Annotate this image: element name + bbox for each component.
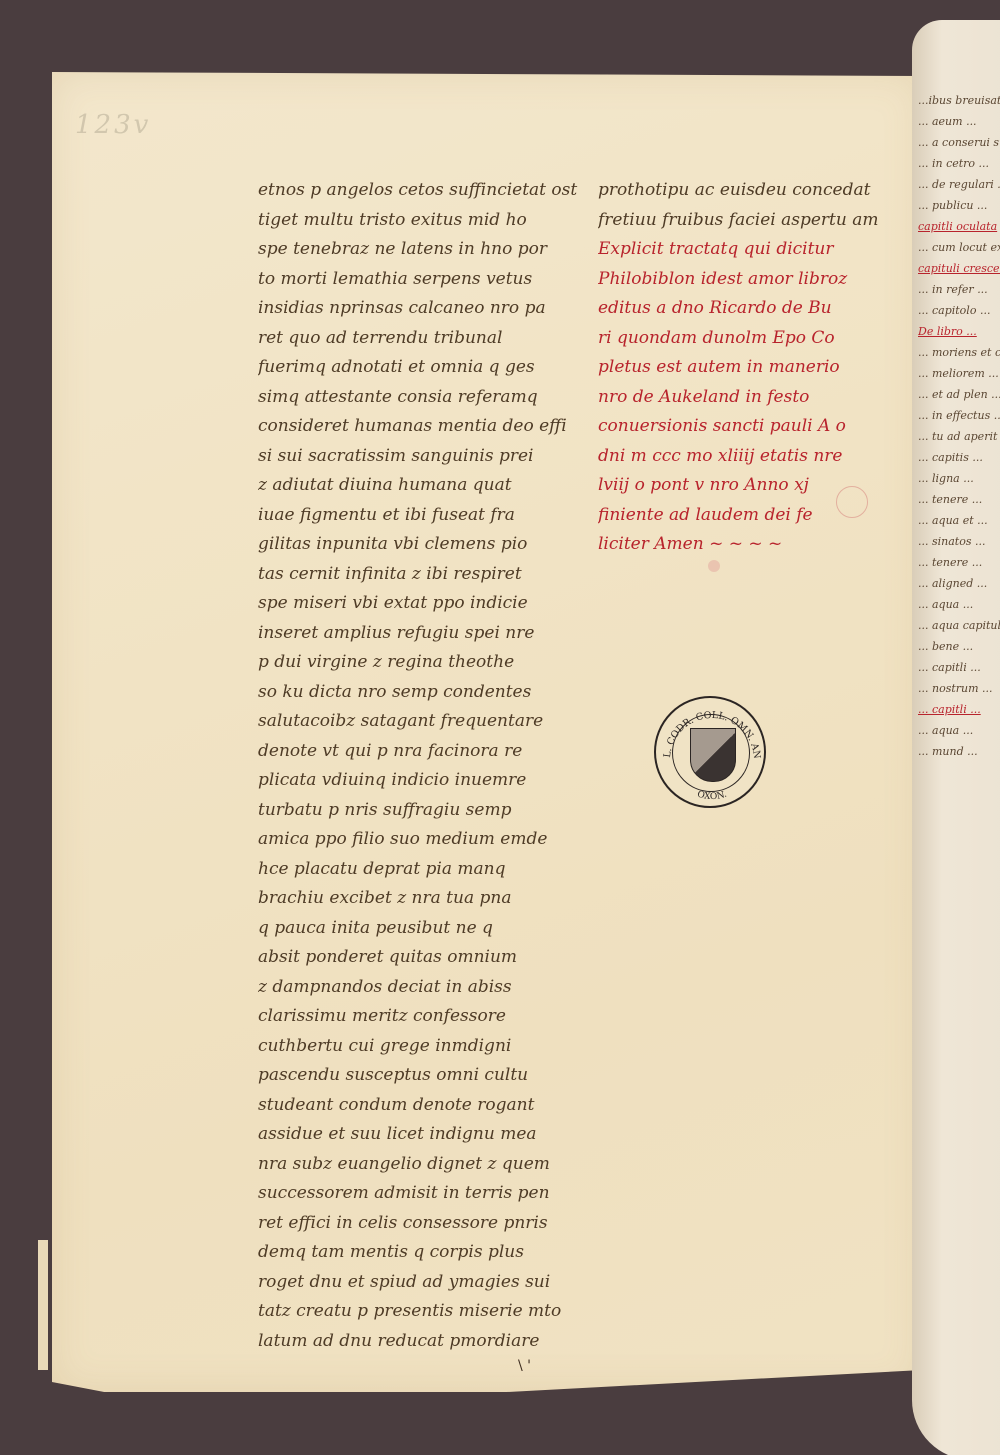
manuscript-line: consideret humanas mentia deo effi xyxy=(258,412,588,442)
manuscript-line: latum ad dnu reducat pmordiare xyxy=(258,1327,588,1357)
facing-page-line: ... in refer ... xyxy=(918,279,1000,300)
manuscript-line: denote vt qui p nra facinora re xyxy=(258,737,588,767)
manuscript-line: insidias nprinsas calcaneo nro pa xyxy=(258,294,588,324)
manuscript-line: successorem admisit in terris pen xyxy=(258,1179,588,1209)
facing-page-line: capitli oculata xyxy=(918,216,1000,237)
page-edge xyxy=(38,1240,48,1370)
library-stamp: BIBL. CODR. COLL. OMN. ANIM. OXON. xyxy=(654,696,766,808)
manuscript-line: hce placatu deprat pia manq xyxy=(258,855,588,885)
rubric-line: liciter Amen ~ ~ ~ ~ xyxy=(598,530,888,560)
facing-page-line: ... cum locut expus ... xyxy=(918,237,1000,258)
red-stain-dot xyxy=(708,560,720,572)
facing-page-line: ... tenere ... xyxy=(918,552,1000,573)
manuscript-line: tatz creatu p presentis miserie mto xyxy=(258,1297,588,1327)
facing-page-line: capituli crescens xyxy=(918,258,1000,279)
manuscript-line: inseret amplius refugiu spei nre xyxy=(258,619,588,649)
facing-page-line: ... in effectus ... xyxy=(918,405,1000,426)
facing-page-text: ...ibus breuisatem ...... aeum ... ... a… xyxy=(918,90,1000,1140)
manuscript-line: assidue et suu licet indignu mea xyxy=(258,1120,588,1150)
facing-page-line: ... de regulari ... xyxy=(918,174,1000,195)
facing-page-line: ... a conserui sunt ... xyxy=(918,132,1000,153)
rubric-line: nro de Aukeland in festo xyxy=(598,383,888,413)
manuscript-line: amica ppo filio suo medium emde xyxy=(258,825,588,855)
facing-page-line: ... meliorem ... xyxy=(918,363,1000,384)
left-text-column: etnos p angelos cetos suffincietat ostti… xyxy=(258,176,588,1356)
facing-page-line: ... tenere ... xyxy=(918,489,1000,510)
manuscript-line: absit ponderet quitas omnium xyxy=(258,943,588,973)
rubric-line: Philobiblon idest amor libroz xyxy=(598,265,888,295)
facing-page-line: ... capitli ... xyxy=(918,657,1000,678)
manuscript-line: nra subz euangelio dignet z quem xyxy=(258,1150,588,1180)
manuscript-line: plicata vdiuinq indicio inuemre xyxy=(258,766,588,796)
manuscript-line: simq attestante consia referamq xyxy=(258,383,588,413)
facing-page-line: ... publicu ... xyxy=(918,195,1000,216)
rubric-line: ri quondam dunolm Epo Co xyxy=(598,324,888,354)
manuscript-line: p dui virgine z regina theothe xyxy=(258,648,588,678)
manuscript-line: salutacoibz satagant frequentare xyxy=(258,707,588,737)
manuscript-line: gilitas inpunita vbi clemens pio xyxy=(258,530,588,560)
facing-page-line: ... aqua ... xyxy=(918,720,1000,741)
ink-marks: \ ' xyxy=(518,1358,531,1374)
facing-page-line: ... tu ad aperit ... xyxy=(918,426,1000,447)
manuscript-line: etnos p angelos cetos suffincietat ost xyxy=(258,176,588,206)
manuscript-line: spe tenebraz ne latens in hno por xyxy=(258,235,588,265)
facing-page-line: ... capitli ... xyxy=(918,699,1000,720)
manuscript-line: demq tam mentis q corpis plus xyxy=(258,1238,588,1268)
facing-page-line: ... moriens et crescent xyxy=(918,342,1000,363)
manuscript-line: so ku dicta nro semp condentes xyxy=(258,678,588,708)
manuscript-line: spe miseri vbi extat ppo indicie xyxy=(258,589,588,619)
red-stain-mark xyxy=(836,486,868,518)
manuscript-line: studeant condum denote rogant xyxy=(258,1091,588,1121)
manuscript-line: si sui sacratissim sanguinis prei xyxy=(258,442,588,472)
rubric-line: pletus est autem in manerio xyxy=(598,353,888,383)
manuscript-line: roget dnu et spiud ad ymagies sui xyxy=(258,1268,588,1298)
manuscript-line: cuthbertu cui grege inmdigni xyxy=(258,1032,588,1062)
manuscript-line: ret quo ad terrendu tribunal xyxy=(258,324,588,354)
facing-page-line: ... et ad plen ... xyxy=(918,384,1000,405)
facing-page-line: ...ibus breuisatem ... xyxy=(918,90,1000,111)
svg-text:OXON.: OXON. xyxy=(696,790,728,803)
coat-of-arms-shield-icon xyxy=(690,728,736,782)
facing-page-line: ... aqua et ... xyxy=(918,510,1000,531)
manuscript-line: z adiutat diuina humana quat xyxy=(258,471,588,501)
facing-page-line: ... aligned ... xyxy=(918,573,1000,594)
facing-page-line: De libro ... xyxy=(918,321,1000,342)
manuscript-line: iuae figmentu et ibi fuseat fra xyxy=(258,501,588,531)
rubric-line: dni m ccc mo xliiij etatis nre xyxy=(598,442,888,472)
facing-page-line: ... aeum ... xyxy=(918,111,1000,132)
manuscript-line: z dampnandos deciat in abiss xyxy=(258,973,588,1003)
manuscript-line: turbatu p nris suffragiu semp xyxy=(258,796,588,826)
facing-page-line: ... aqua capitulu ... xyxy=(918,615,1000,636)
manuscript-line: brachiu excibet z nra tua pna xyxy=(258,884,588,914)
rubric-line: editus a dno Ricardo de Bu xyxy=(598,294,888,324)
manuscript-line: tiget multu tristo exitus mid ho xyxy=(258,206,588,236)
facing-page-line: ... in cetro ... xyxy=(918,153,1000,174)
facing-page-line: ... capitis ... xyxy=(918,447,1000,468)
manuscript-line: q pauca inita peusibut ne q xyxy=(258,914,588,944)
facing-page-line: ... aqua ... xyxy=(918,594,1000,615)
facing-page-line: ... bene ... xyxy=(918,636,1000,657)
facing-page-line: ... ligna ... xyxy=(918,468,1000,489)
facing-page-line: ... mund ... xyxy=(918,741,1000,762)
rubric-line: Explicit tractatq qui dicitur xyxy=(598,235,888,265)
manuscript-line: to morti lemathia serpens vetus xyxy=(258,265,588,295)
facing-page-line: ... capitolo ... xyxy=(918,300,1000,321)
facing-page-line: ... nostrum ... xyxy=(918,678,1000,699)
manuscript-line: fretiuu fruibus faciei aspertu am xyxy=(598,206,888,236)
manuscript-line: ret effici in celis consessore pnris xyxy=(258,1209,588,1239)
rubric-line: conuersionis sancti pauli A o xyxy=(598,412,888,442)
manuscript-line: fuerimq adnotati et omnia q ges xyxy=(258,353,588,383)
manuscript-line: prothotipu ac euisdeu concedat xyxy=(598,176,888,206)
manuscript-line: tas cernit infinita z ibi respiret xyxy=(258,560,588,590)
manuscript-line: clarissimu meritz confessore xyxy=(258,1002,588,1032)
folio-number: 123v xyxy=(75,110,151,140)
facing-page-line: ... sinatos ... xyxy=(918,531,1000,552)
manuscript-line: pascendu susceptus omni cultu xyxy=(258,1061,588,1091)
